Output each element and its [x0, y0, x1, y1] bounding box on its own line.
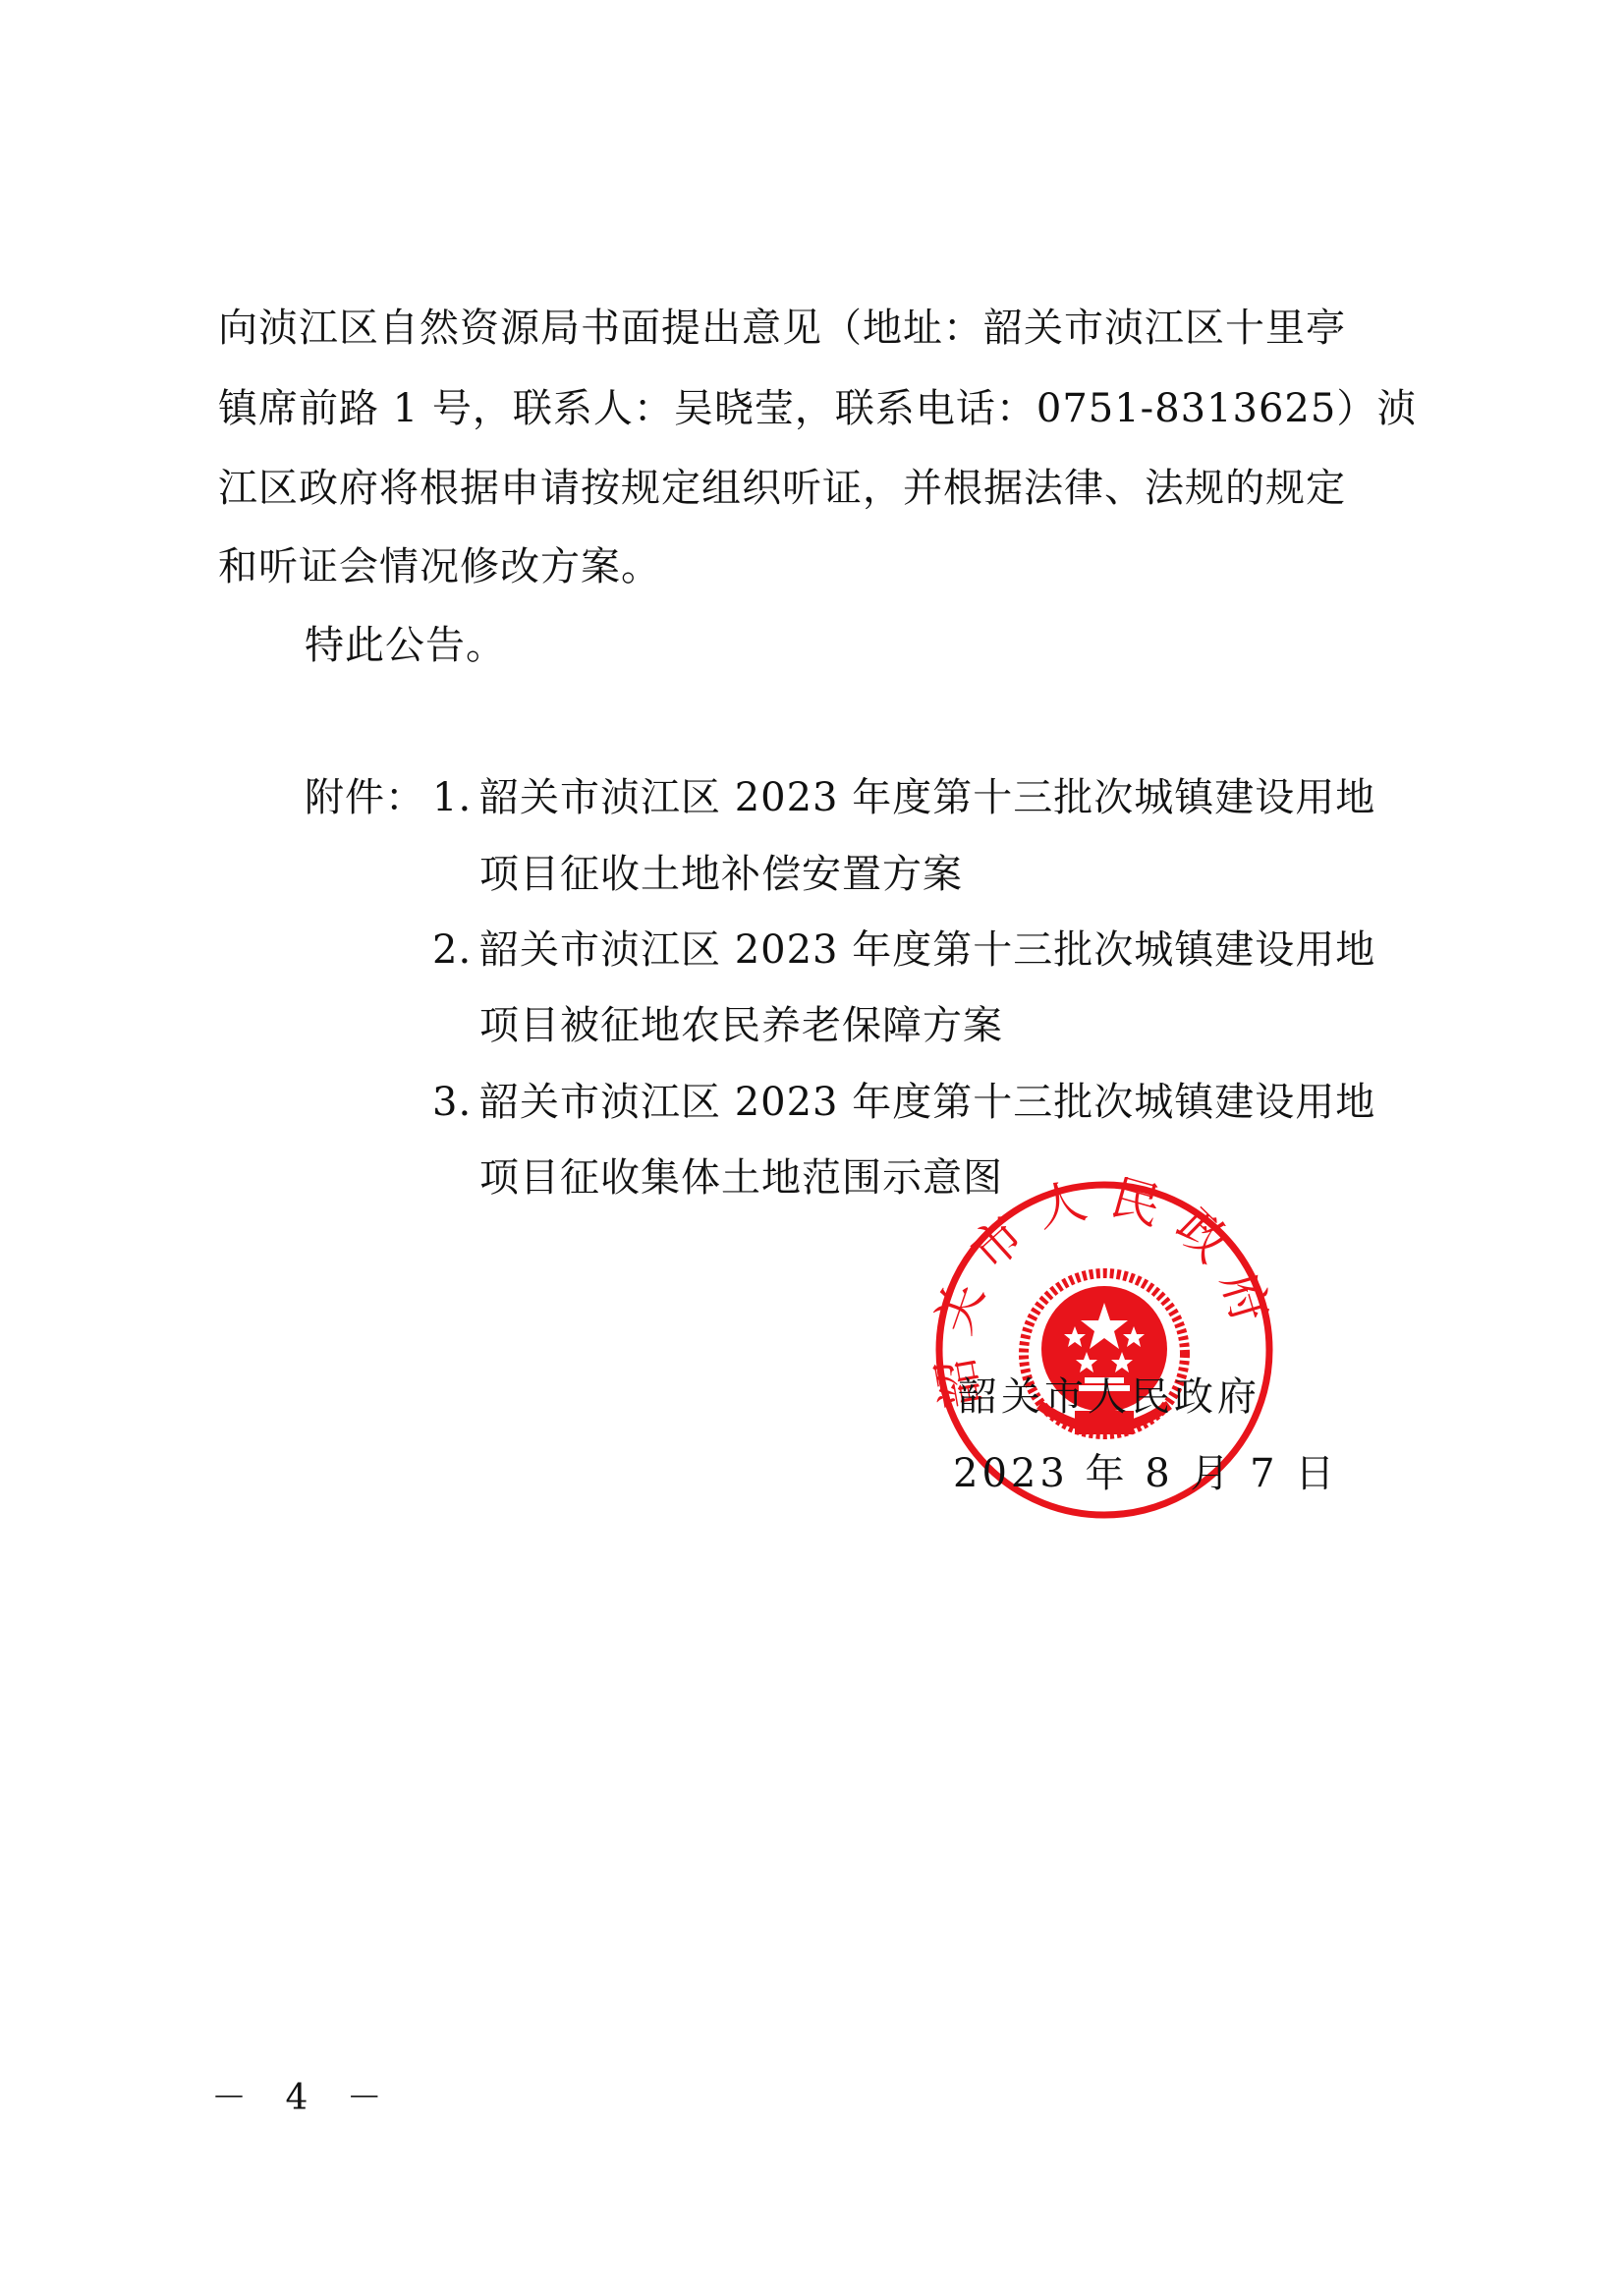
closing-text: 特此公告。 — [305, 622, 506, 669]
paragraph-line-1: 向浈江区自然资源局书面提出意见（地址：韶关市浈江区十里亭 — [218, 305, 1432, 352]
attachment-2-line1: 韶关市浈江区 2023 年度第十三批次城镇建设用地 — [479, 926, 1375, 974]
attachment-1-number: 1. — [432, 774, 472, 821]
paragraph-line-2: 镇席前路 1 号，联系人：吴晓莹，联系电话：0751-8313625）浈 — [218, 385, 1432, 432]
page-number: － 4 － — [211, 2075, 396, 2122]
issuer-name: 韶关市人民政府 — [958, 1373, 1260, 1421]
attachment-1-line2: 项目征收土地补偿安置方案 — [479, 851, 963, 898]
attachment-2-line2: 项目被征地农民养老保障方案 — [479, 1002, 1003, 1049]
attachment-1-line1: 韶关市浈江区 2023 年度第十三批次城镇建设用地 — [479, 774, 1375, 821]
attachments-label: 附件： — [305, 774, 425, 821]
attachment-3-line2: 项目征收集体土地范围示意图 — [479, 1154, 1003, 1202]
attachment-2-number: 2. — [432, 926, 472, 974]
attachment-3-number: 3. — [432, 1079, 472, 1126]
paragraph-line-3: 江区政府将根据申请按规定组织听证，并根据法律、法规的规定 — [218, 465, 1432, 512]
issue-date: 2023 年 8 月 7 日 — [953, 1450, 1338, 1497]
attachment-3-line1: 韶关市浈江区 2023 年度第十三批次城镇建设用地 — [479, 1079, 1375, 1126]
paragraph-line-4: 和听证会情况修改方案。 — [218, 543, 661, 590]
